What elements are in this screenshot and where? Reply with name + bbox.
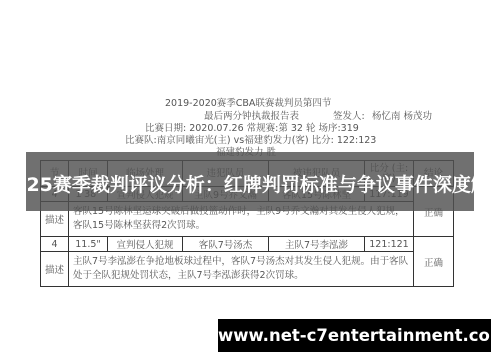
signer-names: 杨忆南 杨茂功 (372, 111, 432, 123)
cell-desc-label: 描述 (41, 252, 69, 287)
table-desc-row: 描述 主队7号李泓澎在争抢地板球过程中，客队7号汤杰对其发生侵人犯规。由于客队处… (41, 252, 454, 287)
cell-victim: 主队7号李泓澎 (269, 237, 365, 252)
report-title-line2: 最后两分钟执裁报告表 (204, 111, 299, 123)
cell-period: 4 (41, 237, 69, 252)
cell-call: 宣判侵人犯规 (108, 237, 183, 252)
match-info: 比赛日期: 2020.07.26 常规赛:第 32 轮 场序:319 (145, 123, 359, 135)
cell-verdict: 正确 (414, 237, 454, 287)
teams-info: 比赛队:南京同曦宙光(主) vs福建豹发力(客) 比分: 122:123 (125, 135, 376, 147)
headline-title: 2025赛季裁判评议分析：红牌判罚标准与争议事件深度解析 (0, 170, 500, 197)
cell-time: 11.5" (69, 237, 108, 252)
report-title-line1: 2019-2020赛季CBA联赛裁判员第四节 (165, 98, 331, 110)
cell-description: 主队7号李泓澎在争抢地板球过程中，客队7号汤杰对其发生侵人犯规。由于客队处于全队… (69, 252, 414, 287)
signer-label: 签发人: (333, 111, 365, 123)
site-watermark: www.net-c7entertainment.com (218, 319, 491, 352)
cell-offender: 客队7号汤杰 (183, 237, 269, 252)
cell-score: 121:121 (365, 237, 414, 252)
table-row: 4 11.5" 宣判侵人犯规 客队7号汤杰 主队7号李泓澎 121:121 正确 (41, 237, 454, 252)
